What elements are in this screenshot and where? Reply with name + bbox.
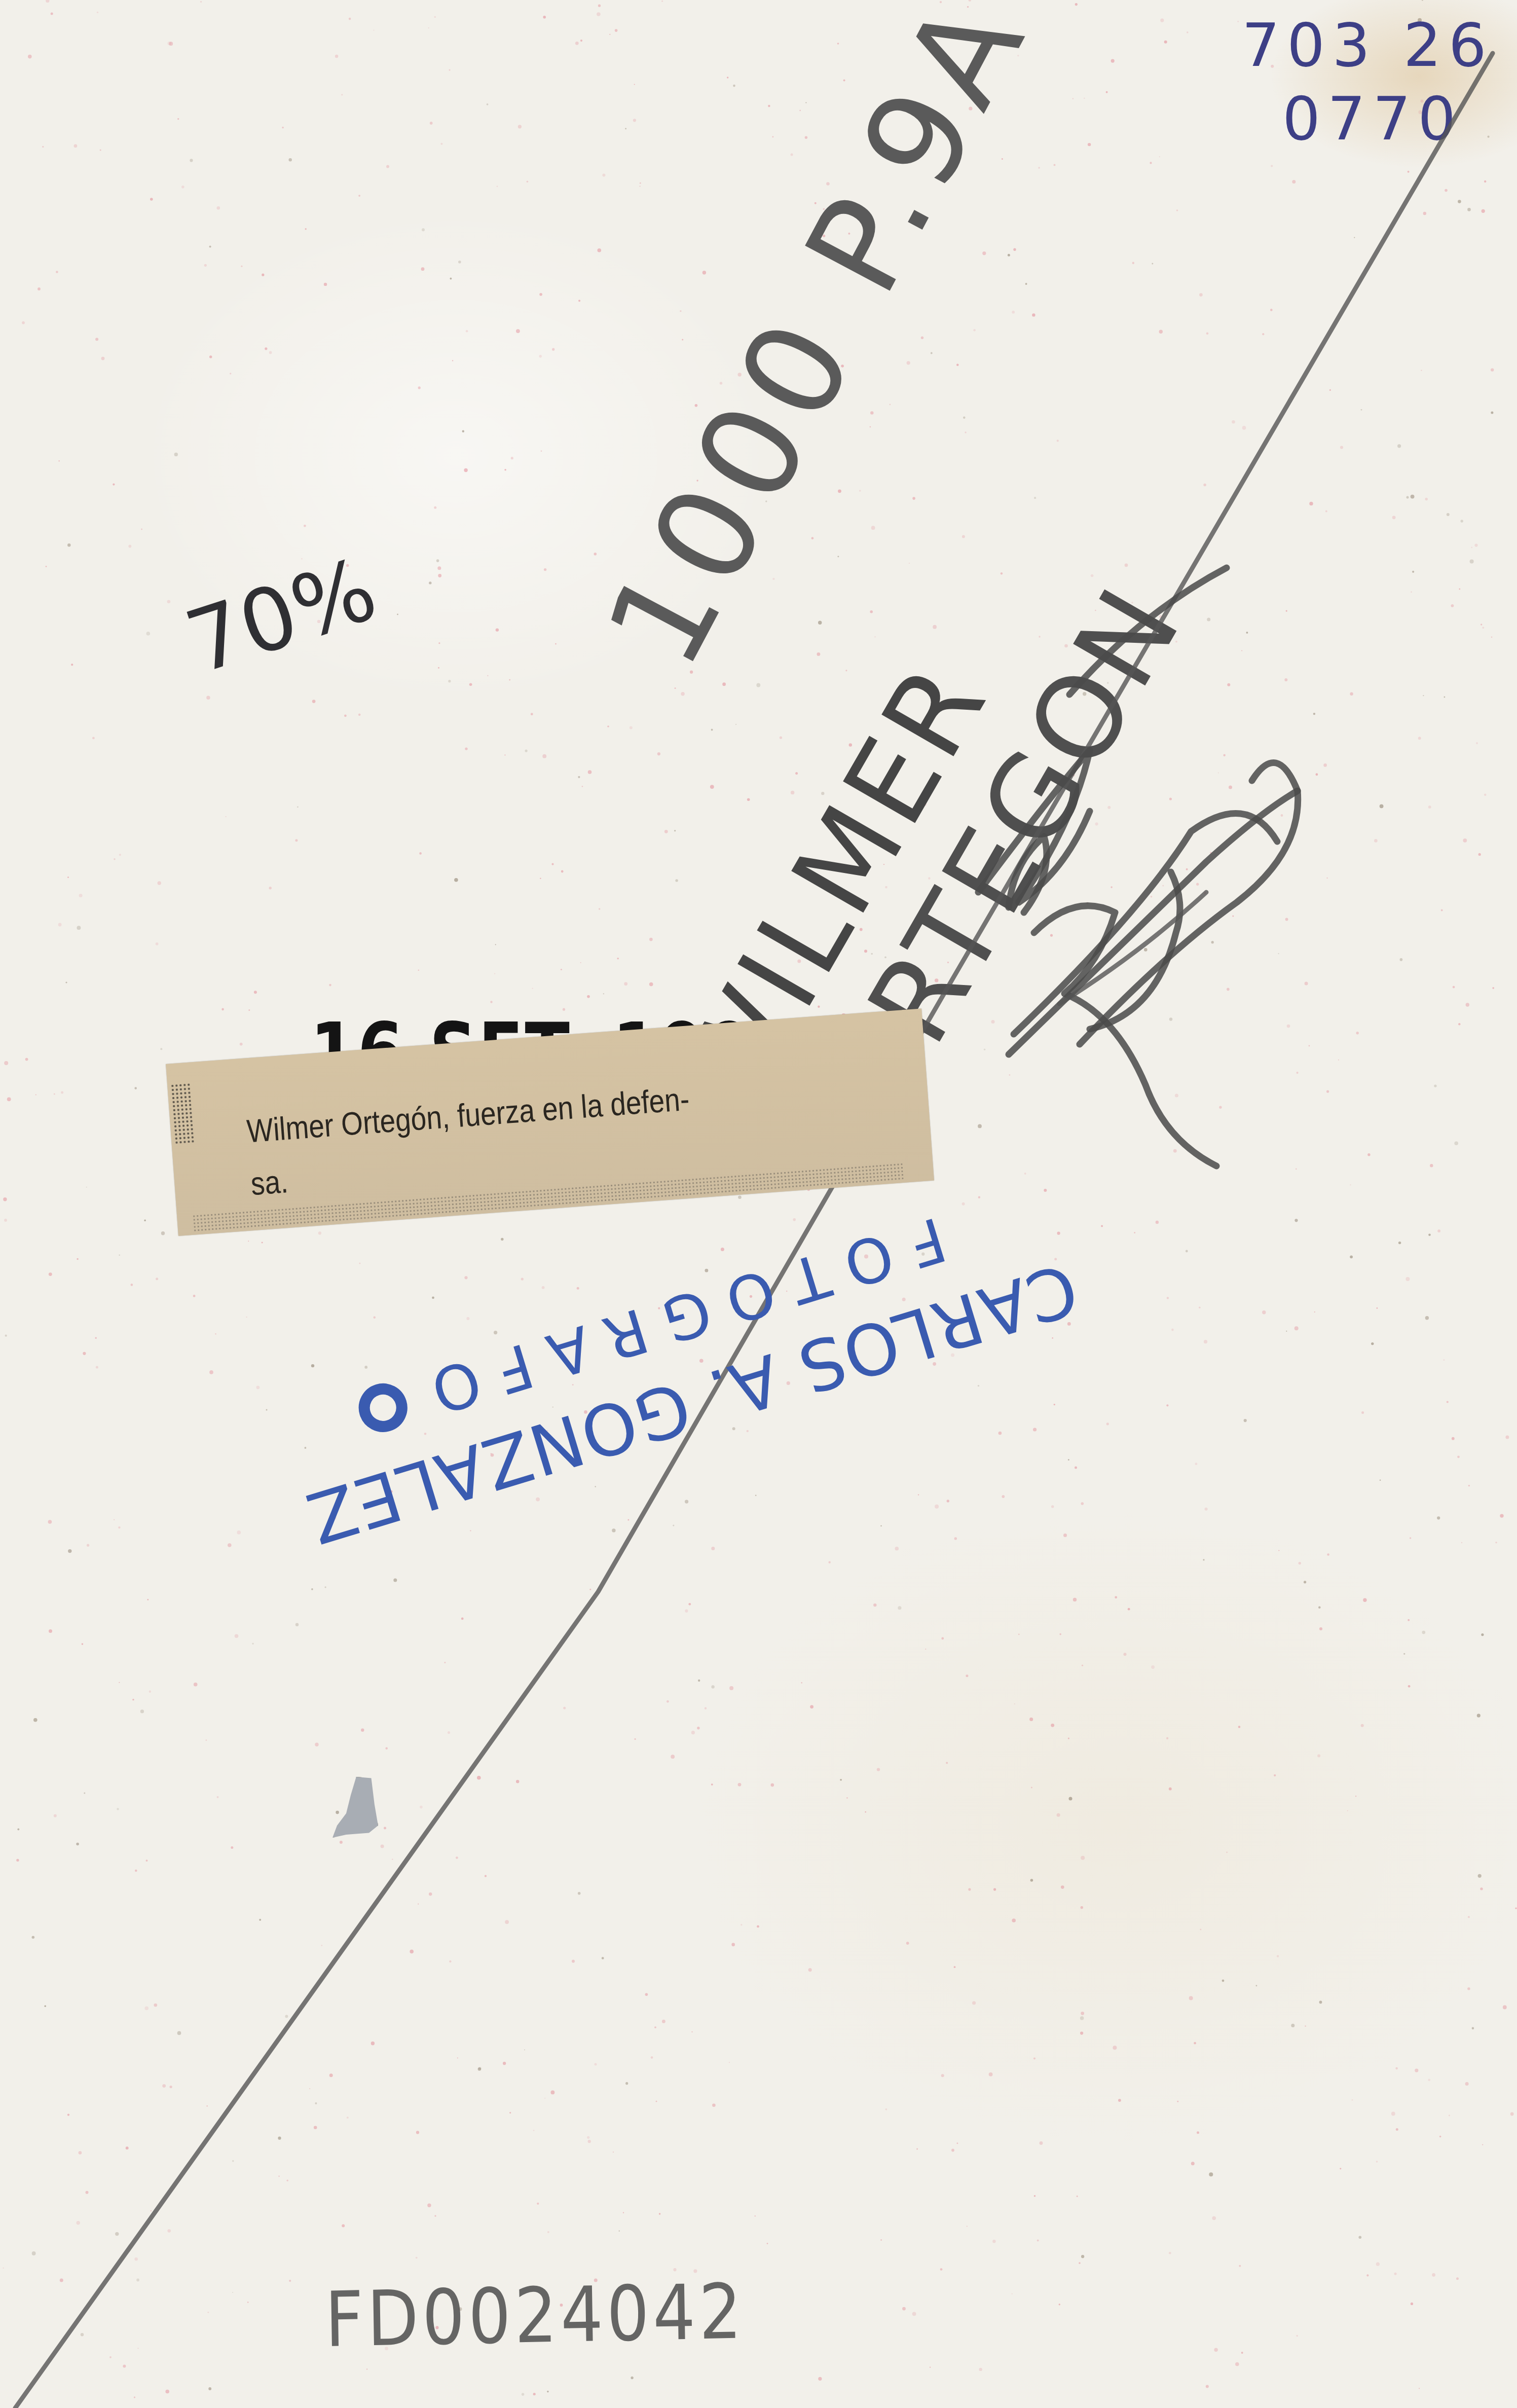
catalog-number: FD0024042 xyxy=(324,2268,746,2364)
dash-mark xyxy=(1069,568,1227,695)
clipping-caption-line1: Wilmer Ortegón, fuerza en la defen- xyxy=(246,1081,691,1150)
halftone-edge-left xyxy=(170,1082,195,1145)
clipping-caption-line2: sa. xyxy=(249,1163,289,1202)
signature-scribble xyxy=(978,750,1298,1166)
